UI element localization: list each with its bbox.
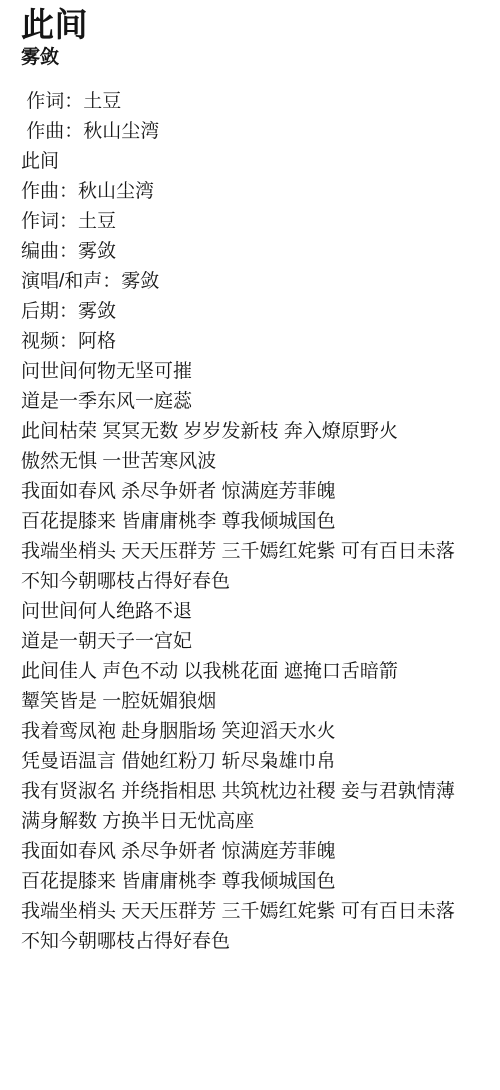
lyric-line: 后期：雾敛 <box>21 297 486 327</box>
lyric-line: 演唱/和声：雾敛 <box>21 267 486 297</box>
lyric-line: 作词：土豆 <box>21 87 486 117</box>
lyric-line: 问世间何人绝路不退 <box>21 597 486 627</box>
lyric-line: 此间佳人 声色不动 以我桃花面 遮掩口舌暗箭 <box>21 657 486 687</box>
lyric-line: 不知今朝哪枝占得好春色 <box>21 927 486 957</box>
lyric-line: 作曲：秋山尘湾 <box>21 177 486 207</box>
lyrics-lines: 作词：土豆 作曲：秋山尘湾此间作曲：秋山尘湾作词：土豆编曲：雾敛演唱/和声：雾敛… <box>21 87 486 957</box>
lyric-line: 此间 <box>21 147 486 177</box>
lyric-line: 满身解数 方换半日无忧高座 <box>21 807 486 837</box>
lyric-line: 不知今朝哪枝占得好春色 <box>21 567 486 597</box>
lyric-line: 作词：土豆 <box>21 207 486 237</box>
lyric-line: 道是一朝天子一宫妃 <box>21 627 486 657</box>
lyric-line: 视频：阿格 <box>21 327 486 357</box>
lyric-line: 百花提膝来 皆庸庸桃李 尊我倾城国色 <box>21 507 486 537</box>
lyrics-page: 此间 雾敛 作词：土豆 作曲：秋山尘湾此间作曲：秋山尘湾作词：土豆编曲：雾敛演唱… <box>0 0 500 957</box>
lyric-line: 作曲：秋山尘湾 <box>21 117 486 147</box>
lyric-line: 百花提膝来 皆庸庸桃李 尊我倾城国色 <box>21 867 486 897</box>
lyric-line: 我面如春风 杀尽争妍者 惊满庭芳菲魄 <box>21 477 486 507</box>
song-title: 此间 <box>21 4 486 46</box>
lyric-line: 颦笑皆是 一腔妩媚狼烟 <box>21 687 486 717</box>
lyric-line: 编曲：雾敛 <box>21 237 486 267</box>
lyric-line: 我端坐梢头 天天压群芳 三千嫣红姹紫 可有百日未落 <box>21 897 486 927</box>
lyric-line: 道是一季东风一庭蕊 <box>21 387 486 417</box>
lyric-line: 傲然无惧 一世苦寒风波 <box>21 447 486 477</box>
lyric-line: 我端坐梢头 天天压群芳 三千嫣红姹紫 可有百日未落 <box>21 537 486 567</box>
lyric-line: 我着鸾凤袍 赴身胭脂场 笑迎滔天水火 <box>21 717 486 747</box>
artist-name: 雾敛 <box>21 46 486 70</box>
lyric-line: 问世间何物无坚可摧 <box>21 357 486 387</box>
lyric-line: 凭曼语温言 借她红粉刀 斩尽枭雄巾帛 <box>21 747 486 777</box>
lyric-line: 此间枯荣 冥冥无数 岁岁发新枝 奔入燎原野火 <box>21 417 486 447</box>
lyric-line: 我有贤淑名 并绕指相思 共筑枕边社稷 妾与君孰情薄 <box>21 777 486 807</box>
lyric-line: 我面如春风 杀尽争妍者 惊满庭芳菲魄 <box>21 837 486 867</box>
